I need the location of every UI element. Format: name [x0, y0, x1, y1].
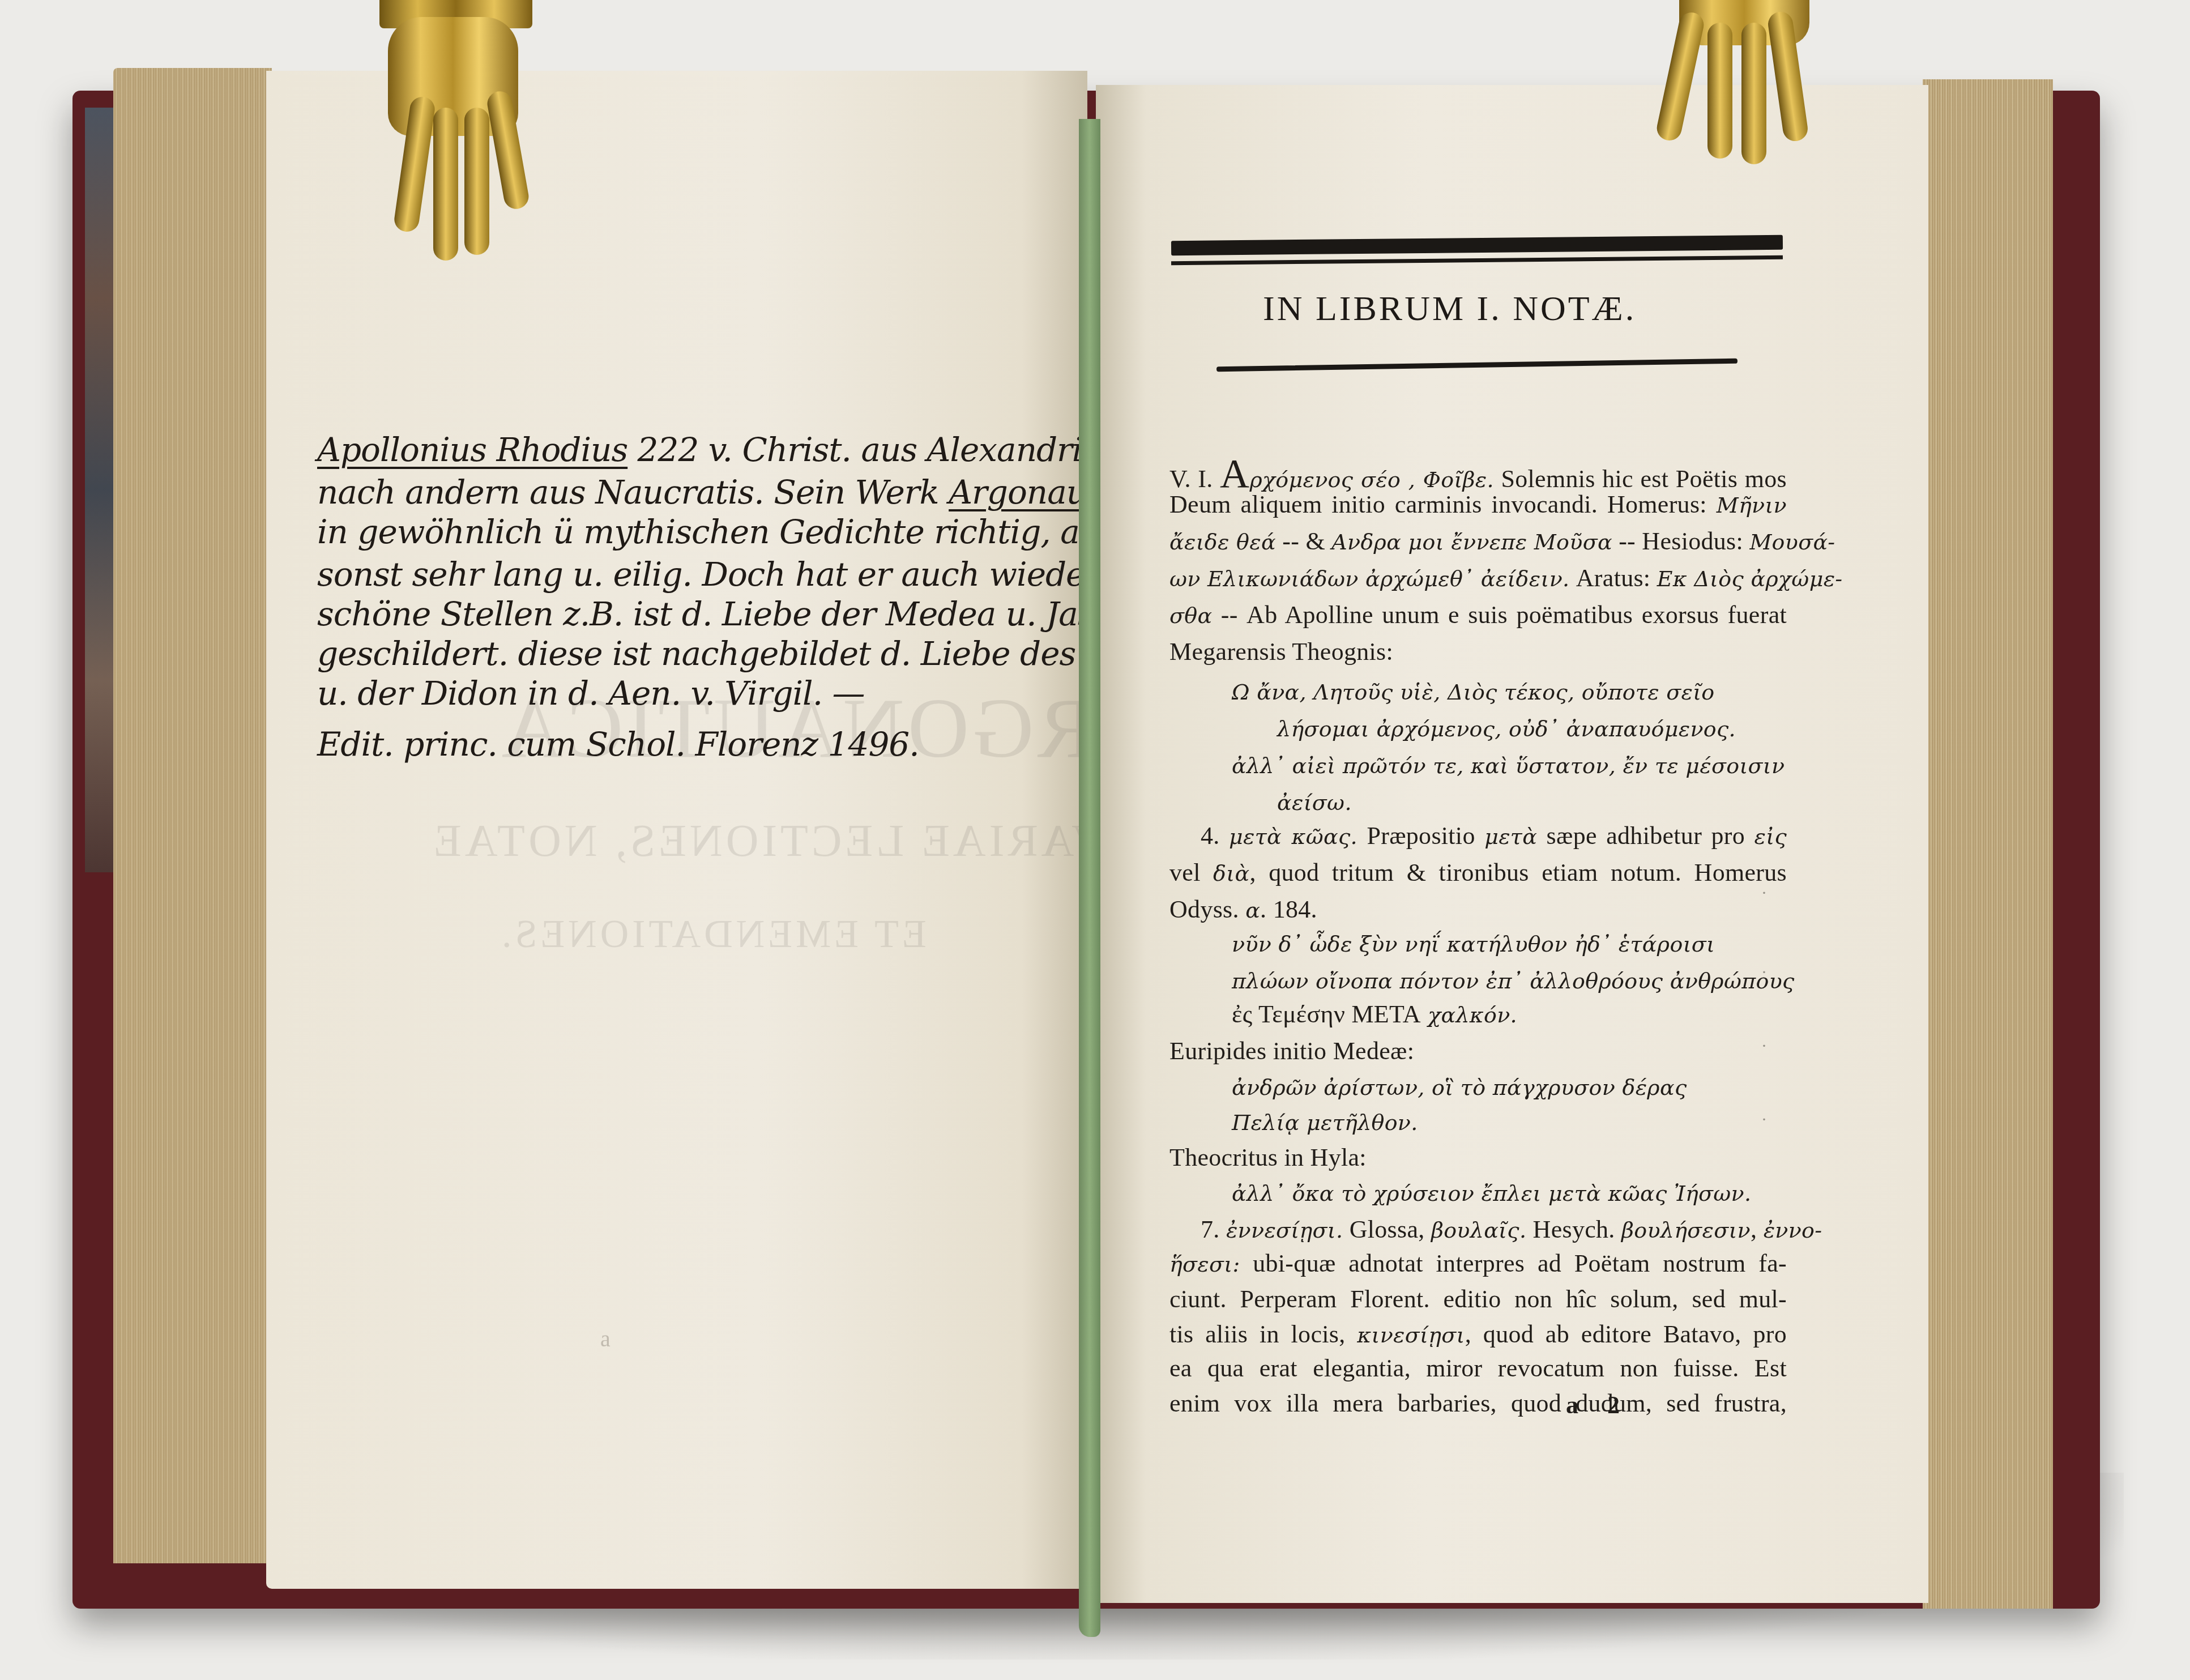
greek-text: Εκ Διὸς ἀρχώμε-	[1657, 566, 1843, 591]
text-line: Euripides initio Medeæ:	[1169, 1037, 1787, 1065]
greek-text: α	[1245, 898, 1260, 923]
latin-text: 7.	[1201, 1216, 1226, 1243]
latin-text: , quod ab editore Batavo, pro	[1465, 1320, 1787, 1348]
latin-text: ea qua erat elegantia, miror revocatum n…	[1169, 1354, 1787, 1382]
left-signature-mark: a	[600, 1325, 611, 1352]
signature-mark: a 2	[1566, 1391, 1631, 1419]
greek-text: πλώων οἴνοπα πόντον ἐπ᾽ ἀλλοθρόους ἀνθρώ…	[1232, 969, 1795, 993]
handwritten-line: nach andern aus Naucratis. Sein Werk Arg…	[317, 473, 1146, 511]
latin-text: Præpositio	[1357, 822, 1484, 850]
text-line: Deum aliquem initio carminis invocandi. …	[1169, 490, 1787, 519]
greek-text: βουλήσεσιν	[1621, 1218, 1751, 1243]
greek-text: Μῆνιν	[1717, 493, 1787, 518]
latin-text: Solemnis hic est Poëtis mos	[1494, 465, 1787, 493]
text-line: Πελίᾳ μετῆλθον.	[1232, 1107, 1418, 1136]
text-line: ἀνδρῶν ἀρίστων, οἳ τὸ πάγχρυσον δέρας	[1232, 1072, 1687, 1101]
greek-text: βουλαῖς.	[1431, 1218, 1526, 1243]
text-line: Odyss. α. 184.	[1169, 895, 1787, 924]
latin-text: sæpe adhibetur pro	[1537, 822, 1754, 850]
hand-finger	[1707, 23, 1732, 159]
text-line: 4. μετὰ κῶας. Præpositio μετὰ sæpe adhib…	[1201, 821, 1787, 850]
margin-mark: ·	[1761, 963, 1767, 982]
greek-text: Πελίᾳ μετῆλθον.	[1232, 1110, 1418, 1135]
text-line: enim vox illa mera barbaries, quod dudum…	[1169, 1389, 1787, 1418]
text-line: σθα -- Ab Apolline unum e suis poëmatibu…	[1169, 600, 1787, 629]
latin-text: Odyss.	[1169, 896, 1245, 923]
margin-mark: ·	[1761, 1110, 1767, 1129]
greek-text: κινεσίῃσι	[1357, 1323, 1465, 1348]
latin-text: ciunt. Perperam Florent. editio non hîc …	[1169, 1285, 1787, 1313]
greek-text: ἥσεσι:	[1169, 1252, 1240, 1277]
greek-text: λήσομαι ἀρχόμενος, οὐδ᾽ ἀναπαυόμενος.	[1277, 717, 1736, 741]
latin-text: META	[1351, 1000, 1420, 1028]
latin-text: Hesych.	[1526, 1216, 1621, 1243]
latin-text: vel	[1169, 859, 1213, 886]
handwritten-text: 222 v. Christ. aus Alexandria	[627, 430, 1101, 469]
latin-text: Deum aliquem initio carminis invocandi. …	[1169, 491, 1717, 518]
greek-text: Ω ἄνα, Λητοῦς υἱὲ, Διὸς τέκος, οὔποτε σε…	[1232, 680, 1715, 705]
hand-finger	[464, 108, 489, 255]
hand-finger	[433, 108, 458, 261]
latin-text: Megarensis Theognis:	[1169, 638, 1393, 666]
greek-text: σθα	[1169, 603, 1212, 628]
margin-mark: ·	[1761, 1037, 1767, 1056]
greek-text: ἐννεσίῃσι.	[1226, 1218, 1343, 1243]
page-title: IN LIBRUM I. NOTÆ.	[1263, 289, 1636, 329]
text-line: V. I. Αρχόμενος σέο , Φοῖβε. Solemnis hi…	[1169, 453, 1787, 494]
text-line: Megarensis Theognis:	[1169, 637, 1787, 666]
text-line: vel διὰ, quod tritum & tironibus etiam n…	[1169, 858, 1787, 887]
hand-thumb	[1655, 10, 1706, 143]
greek-text: μετὰ κῶας.	[1229, 824, 1357, 849]
latin-text: -- Hesiodus:	[1612, 527, 1750, 555]
greek-text: Μουσά-	[1749, 530, 1835, 555]
text-line: ea qua erat elegantia, miror revocatum n…	[1169, 1354, 1787, 1383]
greek-text: ἀλλ᾽ ὄκα τὸ χρύσειον ἔπλει μετὰ κῶας Ἰήσ…	[1232, 1181, 1751, 1206]
text-line: ων Ελικωνιάδων ἀρχώμεθ᾽ ἀείδειν. Aratus:…	[1169, 564, 1787, 592]
text-line: ἄειδε θεά -- & Ανδρα μοι ἔννεπε Μοῦσα --…	[1169, 527, 1787, 556]
right-fore-edge	[1923, 79, 2053, 1609]
latin-text: tis aliis in locis,	[1169, 1320, 1357, 1348]
text-line: ἥσεσι: ubi-quæ adnotat interpres ad Poët…	[1169, 1249, 1787, 1278]
greek-text: ἄειδε θεά	[1169, 530, 1276, 555]
ribbon-bookmark[interactable]	[1079, 119, 1100, 1637]
left-brass-hand-clip[interactable]	[368, 0, 538, 266]
greek-text: νῦν δ᾽ ὧδε ξὺν νηΐ κατήλυθον ἠδ᾽ ἑτάροισ…	[1232, 932, 1715, 957]
latin-text: V. I.	[1169, 465, 1220, 493]
text-line: πλώων οἴνοπα πόντον ἐπ᾽ ἀλλοθρόους ἀνθρώ…	[1232, 966, 1795, 995]
handwritten-line: geschildert. diese ist nachgebildet d. L…	[317, 634, 1202, 673]
right-brass-hand-clip[interactable]	[1659, 0, 1829, 176]
text-line: 7. ἐννεσίῃσι. Glossa, βουλαῖς. Hesych. β…	[1201, 1215, 1787, 1244]
latin-text: . 184.	[1260, 896, 1317, 923]
greek-text: Ανδρα μοι ἔννεπε Μοῦσα	[1331, 530, 1612, 555]
text-line: ἐς Τεμέσην META χαλκόν.	[1232, 1000, 1517, 1029]
text-line: ciunt. Perperam Florent. editio non hîc …	[1169, 1285, 1787, 1314]
greek-text: ων Ελικωνιάδων ἀρχώμεθ᾽ ἀείδειν.	[1169, 566, 1569, 591]
latin-text: Aratus:	[1569, 564, 1657, 592]
latin-text: Euripides initio Medeæ:	[1169, 1037, 1414, 1065]
text-line: λήσομαι ἀρχόμενος, οὐδ᾽ ἀναπαυόμενος.	[1277, 714, 1736, 743]
text-line: νῦν δ᾽ ὧδε ξὺν νηΐ κατήλυθον ἠδ᾽ ἑτάροισ…	[1232, 929, 1715, 958]
greek-text: διὰ	[1213, 861, 1249, 886]
handwritten-line: u. der Didon in d. Aen. v. Virgil. —	[317, 674, 865, 713]
drop-capital: Α	[1220, 451, 1249, 496]
greek-text: ἀλλ᾽ αἰεὶ πρῶτόν τε, καὶ ὕστατον, ἔν τε …	[1232, 753, 1785, 778]
hand-thumb	[485, 89, 531, 211]
latin-text: ,	[1751, 1216, 1764, 1243]
latin-text: -- &	[1276, 527, 1331, 555]
left-fore-edge	[113, 68, 272, 1563]
latin-text: Glossa,	[1343, 1216, 1431, 1243]
latin-text: , quod tritum & tironibus etiam notum. H…	[1249, 859, 1787, 886]
text-line: ἀείσω.	[1277, 787, 1352, 816]
text-line: tis aliis in locis, κινεσίῃσι, quod ab e…	[1169, 1320, 1787, 1349]
latin-text: enim vox illa mera barbaries, quod dudum…	[1169, 1389, 1787, 1417]
greek-text: ἐννο-	[1764, 1218, 1822, 1243]
show-through-subtitle: VARIAE LECTIONES, NOTAE	[430, 816, 1104, 867]
hand-finger	[1741, 23, 1766, 164]
greek-text: ἀείσω.	[1277, 790, 1352, 815]
underlined-author-name: Apollonius Rhodius	[317, 430, 627, 469]
greek-text: ρχόμενος σέο , Φοῖβε.	[1249, 467, 1494, 492]
greek-text: εἰς	[1754, 824, 1787, 849]
handwritten-line: Apollonius Rhodius 222 v. Christ. aus Al…	[317, 430, 1101, 469]
margin-mark: ·	[1761, 884, 1767, 903]
latin-text: Theocritus in Hyla:	[1169, 1144, 1367, 1171]
latin-text: 4.	[1201, 822, 1229, 850]
handwritten-edition-line: Edit. princ. cum Schol. Florenz 1496.	[317, 725, 919, 764]
latin-text: -- Ab Apolline unum e suis poëmatibus ex…	[1212, 601, 1787, 629]
latin-text: ubi-quæ adnotat interpres ad Poëtam nost…	[1240, 1250, 1787, 1277]
show-through-subtitle-2: ET EMENDATIONES.	[498, 912, 927, 957]
handwritten-line: in gewöhnlich ü mythischen Gedichte rich…	[317, 513, 1149, 551]
greek-text: μετὰ	[1484, 824, 1537, 849]
text-line: Ω ἄνα, Λητοῦς υἱὲ, Διὸς τέκος, οὔποτε σε…	[1232, 677, 1715, 706]
text-line: Theocritus in Hyla:	[1169, 1143, 1787, 1172]
greek-text: χαλκόν.	[1421, 1003, 1517, 1027]
text-line: ἀλλ᾽ ὄκα τὸ χρύσειον ἔπλει μετὰ κῶας Ἰήσ…	[1232, 1178, 1751, 1207]
greek-text: ἀνδρῶν ἀρίστων, οἳ τὸ πάγχρυσον δέρας	[1232, 1075, 1687, 1100]
latin-text: ἐς Τεμέσην	[1232, 1000, 1351, 1028]
handwritten-text: nach andern aus Naucratis. Sein Werk	[317, 473, 949, 511]
text-line: ἀλλ᾽ αἰεὶ πρῶτόν τε, καὶ ὕστατον, ἔν τε …	[1232, 751, 1785, 779]
